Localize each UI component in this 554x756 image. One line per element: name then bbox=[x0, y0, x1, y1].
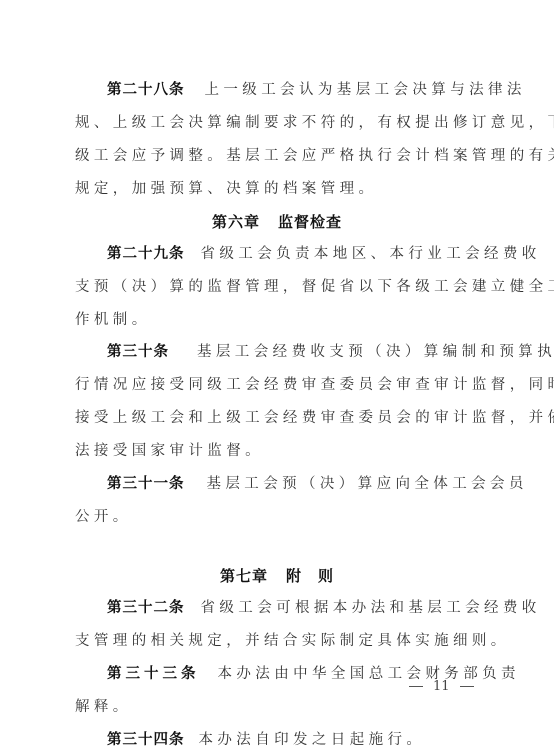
article-31-line-1: 第三十一条基层工会预（决）算应向全体工会会员 bbox=[107, 474, 512, 494]
article-30-line-1: 第三十条基层工会经费收支预（决）算编制和预算执 bbox=[107, 342, 512, 362]
article-31-line-2: 公开。 bbox=[75, 507, 480, 527]
article-text: 省级工会可根据本办法和基层工会经费收 bbox=[201, 600, 541, 616]
article-34-label: 第三十四条 bbox=[107, 732, 185, 748]
article-32-line-2: 支管理的相关规定，并结合实际制定具体实施细则。 bbox=[75, 631, 480, 651]
article-31-label: 第三十一条 bbox=[107, 476, 185, 492]
article-text: 省级工会负责本地区、本行业工会经费收 bbox=[201, 246, 541, 262]
article-33-label: 第三十三条 bbox=[107, 666, 200, 682]
dash-decoration bbox=[409, 686, 423, 687]
article-text: 上一级工会认为基层工会决算与法律法 bbox=[205, 82, 526, 98]
article-30-label: 第三十条 bbox=[107, 344, 169, 360]
article-29-line-3: 作机制。 bbox=[75, 310, 480, 330]
article-text: 基层工会预（决）算应向全体工会会员 bbox=[207, 476, 528, 492]
article-29-line-1: 第二十九条省级工会负责本地区、本行业工会经费收 bbox=[107, 244, 512, 264]
page-number-value: 11 bbox=[433, 679, 450, 694]
chapter-6-heading: 第六章监督检查 bbox=[0, 211, 554, 232]
article-text: 基层工会经费收支预（决）算编制和预算执 bbox=[197, 344, 554, 360]
article-33-line-2: 解释。 bbox=[75, 697, 480, 717]
chapter-title: 监督检查 bbox=[278, 213, 342, 231]
article-32-label: 第三十二条 bbox=[107, 600, 185, 616]
article-28-line-1: 第二十八条上一级工会认为基层工会决算与法律法 bbox=[107, 80, 512, 100]
article-28-line-4: 规定，加强预算、决算的档案管理。 bbox=[75, 179, 480, 199]
article-29-line-2: 支预（决）算的监督管理，督促省以下各级工会建立健全工 bbox=[75, 277, 480, 297]
article-30-line-4: 法接受国家审计监督。 bbox=[75, 441, 480, 461]
article-text: 本办法自印发之日起施行。 bbox=[199, 732, 426, 748]
article-32-line-1: 第三十二条省级工会可根据本办法和基层工会经费收 bbox=[107, 598, 512, 618]
article-30-line-2: 行情况应接受同级工会经费审查委员会审查审计监督，同时 bbox=[75, 375, 480, 395]
article-text: 本办法由中华全国总工会财务部负责 bbox=[218, 666, 520, 682]
dash-decoration bbox=[460, 686, 474, 687]
article-34-line-1: 第三十四条本办法自印发之日起施行。 bbox=[107, 730, 512, 750]
chapter-7-heading: 第七章附 则 bbox=[0, 565, 554, 586]
chapter-number: 第六章 bbox=[212, 213, 260, 231]
article-30-line-3: 接受上级工会和上级工会经费审查委员会的审计监督，并依 bbox=[75, 408, 480, 428]
chapter-title: 附 则 bbox=[286, 567, 334, 585]
article-28-line-2: 规、上级工会决算编制要求不符的，有权提出修订意见，下 bbox=[75, 113, 480, 133]
chapter-number: 第七章 bbox=[220, 567, 268, 585]
document-page: 第二十八条上一级工会认为基层工会决算与法律法 规、上级工会决算编制要求不符的，有… bbox=[0, 0, 554, 756]
article-28-label: 第二十八条 bbox=[107, 82, 185, 98]
article-29-label: 第二十九条 bbox=[107, 246, 185, 262]
article-28-line-3: 级工会应予调整。基层工会应严格执行会计档案管理的有关 bbox=[75, 146, 480, 166]
page-number: 11 bbox=[409, 679, 474, 694]
